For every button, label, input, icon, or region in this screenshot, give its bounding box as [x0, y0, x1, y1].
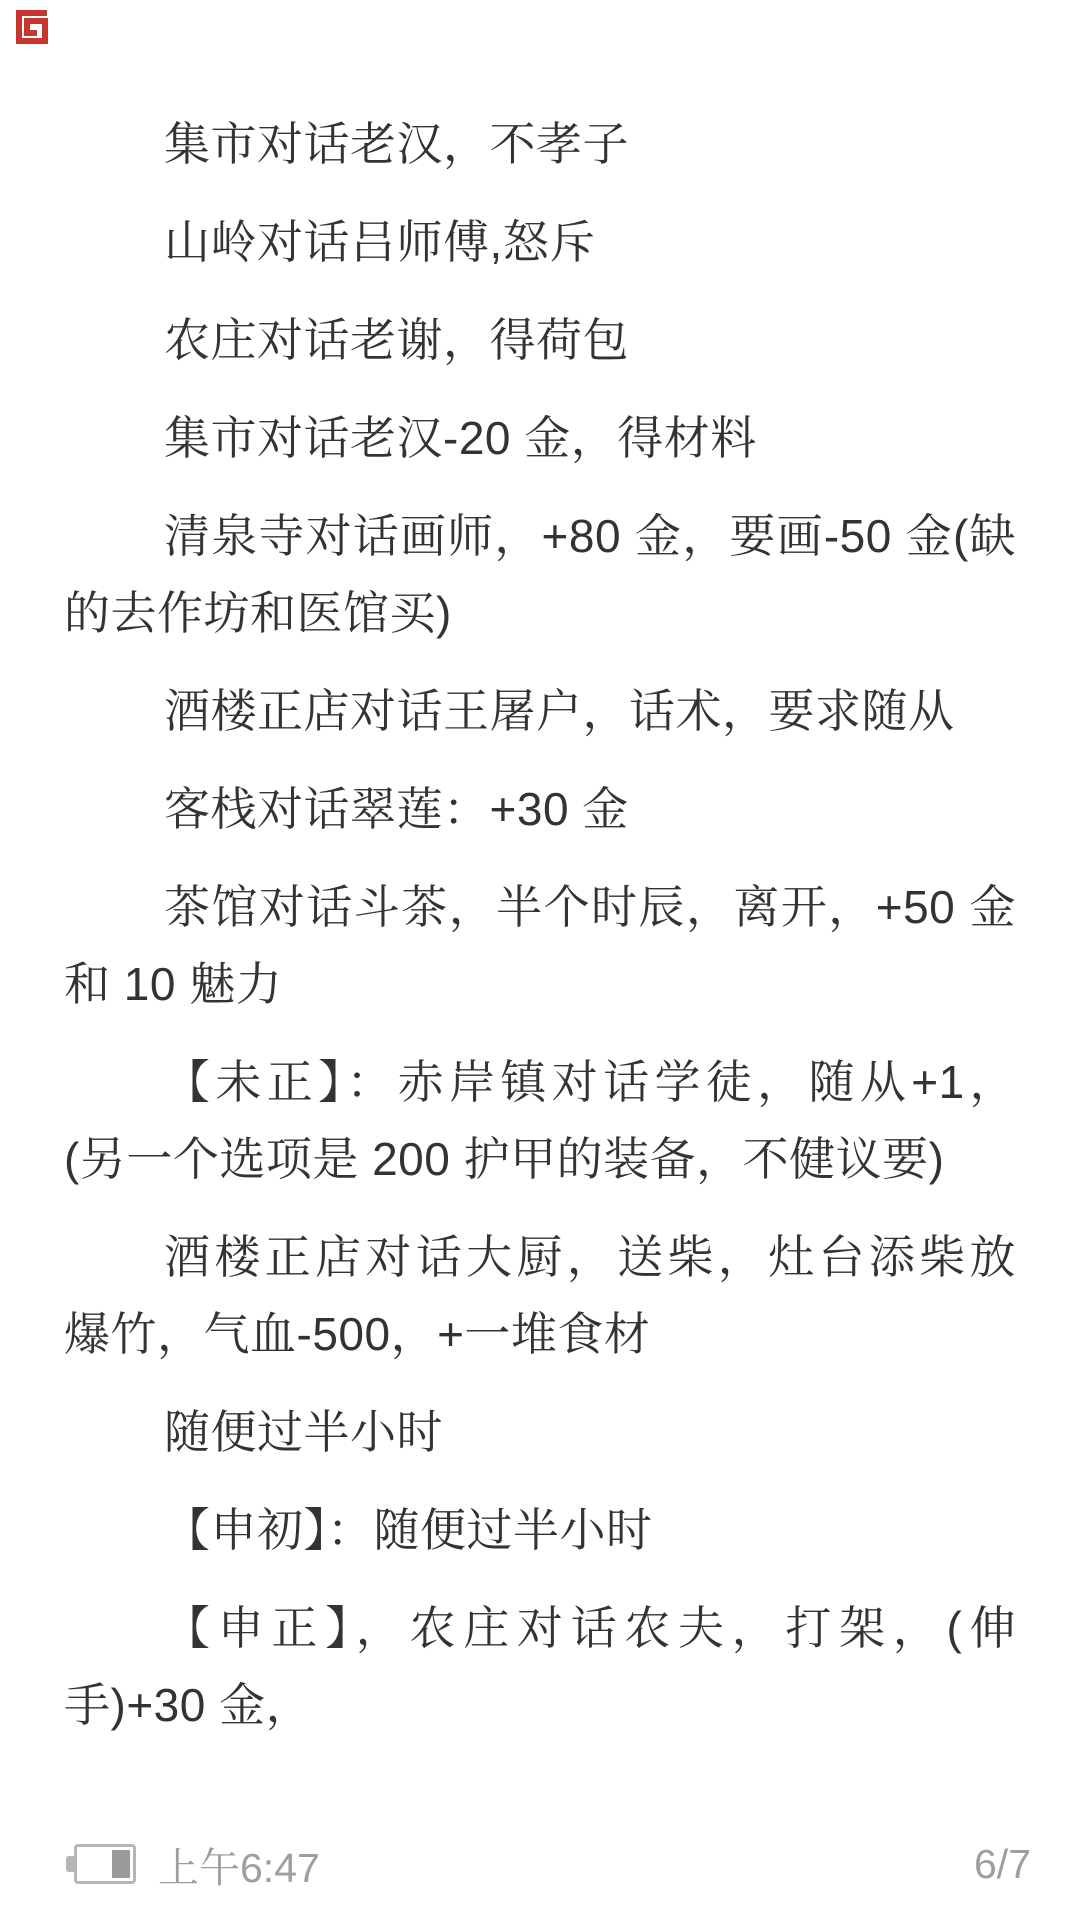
text-line: 【申正】，农庄对话农夫，打架，(伸 [64, 1590, 1016, 1667]
paragraph: 集市对话老汉，不孝子 [64, 106, 1016, 183]
text-line: 农庄对话老谢，得荷包 [64, 302, 1016, 379]
text-line: 山岭对话吕师傅,怒斥 [64, 204, 1016, 281]
paragraph: 随便过半小时 [64, 1394, 1016, 1471]
reading-area[interactable]: 集市对话老汉，不孝子 山岭对话吕师傅,怒斥 农庄对话老谢，得荷包 集市对话老汉-… [64, 106, 1016, 1765]
paragraph: 酒楼正店对话大厨，送柴，灶台添柴放 爆竹，气血-500，+一堆食材 [64, 1219, 1016, 1373]
paragraph: 茶馆对话斗茶，半个时辰，离开，+50 金 和 10 魅力 [64, 869, 1016, 1023]
status-bar: 上午6:47 6/7 [0, 1834, 1080, 1894]
paragraph: 【申初】：随便过半小时 [64, 1492, 1016, 1569]
red-glyph-watermark [12, 8, 50, 46]
paragraph: 农庄对话老谢，得荷包 [64, 302, 1016, 379]
text-line: 【申初】：随便过半小时 [64, 1492, 1016, 1569]
text-line: 【未正】：赤岸镇对话学徒，随从+1， [64, 1044, 1016, 1121]
paragraph: 清泉寺对话画师，+80 金，要画-50 金(缺 的去作坊和医馆买) [64, 498, 1016, 652]
text-line: 客栈对话翠莲：+30 金 [64, 771, 1016, 848]
paragraph: 山岭对话吕师傅,怒斥 [64, 204, 1016, 281]
paragraph: 集市对话老汉-20 金，得材料 [64, 400, 1016, 477]
text-line: 的去作坊和医馆买) [64, 575, 1016, 652]
paragraph: 【申正】，农庄对话农夫，打架，(伸 手)+30 金， [64, 1590, 1016, 1744]
clock-time: 上午6:47 [158, 1835, 320, 1894]
text-line: 随便过半小时 [64, 1394, 1016, 1471]
battery-nub [66, 1856, 74, 1872]
text-line: (另一个选项是 200 护甲的装备，不健议要) [64, 1121, 1016, 1198]
text-line: 酒楼正店对话大厨，送柴，灶台添柴放 [64, 1219, 1016, 1296]
red-spiral-icon [12, 8, 50, 46]
text-line: 手)+30 金， [64, 1667, 1016, 1744]
battery-body [74, 1844, 136, 1884]
text-line: 茶馆对话斗茶，半个时辰，离开，+50 金 [64, 869, 1016, 946]
paragraph: 【未正】：赤岸镇对话学徒，随从+1， (另一个选项是 200 护甲的装备，不健议… [64, 1044, 1016, 1198]
text-line: 和 10 魅力 [64, 946, 1016, 1023]
paragraph: 酒楼正店对话王屠户，话术，要求随从 [64, 673, 1016, 750]
text-line: 酒楼正店对话王屠户，话术，要求随从 [64, 673, 1016, 750]
text-line: 爆竹，气血-500，+一堆食材 [64, 1296, 1016, 1373]
battery-icon [66, 1844, 136, 1884]
battery-fill [112, 1850, 130, 1878]
paragraph: 客栈对话翠莲：+30 金 [64, 771, 1016, 848]
text-line: 集市对话老汉，不孝子 [64, 106, 1016, 183]
text-line: 集市对话老汉-20 金，得材料 [64, 400, 1016, 477]
page-indicator: 6/7 [974, 1841, 1031, 1888]
text-line: 清泉寺对话画师，+80 金，要画-50 金(缺 [64, 498, 1016, 575]
